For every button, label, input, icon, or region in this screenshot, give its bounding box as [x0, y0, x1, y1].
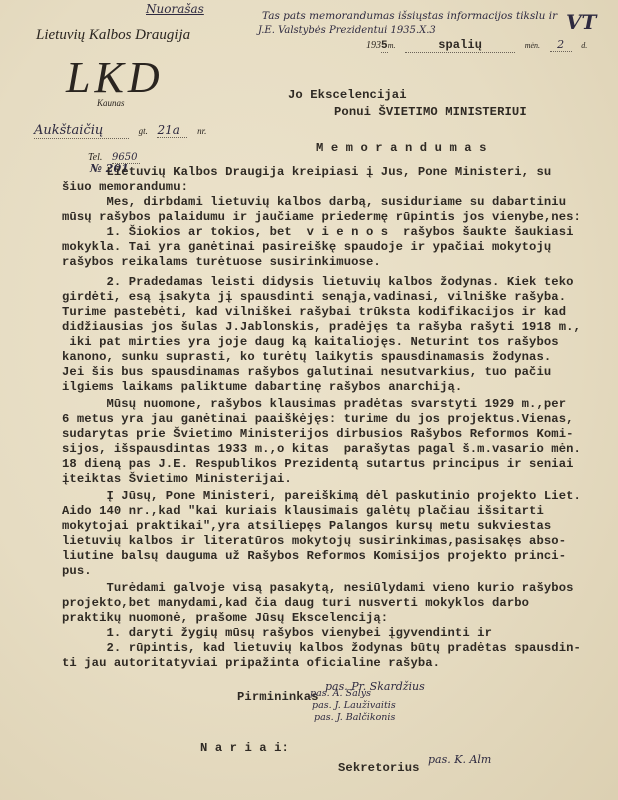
registry-mark: VT [566, 10, 596, 34]
body-line: sudarytas prie Švietimo Ministerijos dir… [62, 427, 574, 441]
annotation-line-1: Tas pats memorandumas išsiųstas informac… [262, 10, 557, 22]
street-name: Aukštaičių [34, 123, 129, 139]
body-line: Mūsų nuomone, rašybos klausimas pradėtas… [62, 397, 566, 411]
day-suffix: d. [581, 41, 587, 50]
body-line: didžiausias jos šulas J.Jablonskis, prad… [62, 320, 581, 334]
body-line: 2. Pradedamas leisti didysis lietuvių ka… [62, 275, 574, 289]
addressee-line-2: Ponui ŠVIETIMO MINISTERIUI [334, 105, 527, 119]
members-label: N a r i a i: [200, 741, 289, 755]
body-line: rašybos reikalams turėtuose susirinkimuo… [62, 255, 381, 269]
body-line: 1. Šiokios ar tokios, bet v i e n o s ra… [62, 225, 574, 239]
secretary-signature: pas. K. Alm [428, 753, 491, 766]
body-line: įteiktas Švietimo Ministerijai. [62, 472, 292, 486]
body-line: ilgiems laikams paliktume dabartinę rašy… [62, 380, 462, 394]
body-line: Turime pastebėti, kad vilniškei rašybai … [62, 305, 566, 319]
body-line: 18 dieną pas J.E. Respublikos Prezidentą… [62, 457, 574, 471]
document-title: M e m o r a n d u m a s [316, 141, 487, 155]
member-signature: pas. A. Salys [310, 688, 371, 699]
body-line: girdėti, esą įsakyta jį spausdinti senąj… [62, 290, 566, 304]
street-suffix: gt. [139, 126, 148, 136]
member-signature: pas. J. Lauživaitis [312, 700, 396, 711]
year-suffix: m. [388, 41, 396, 50]
month-suffix: mėn. [525, 41, 540, 50]
body-line: Mes, dirbdami lietuvių kalbos darbą, sus… [62, 195, 566, 209]
day: 2 [550, 38, 572, 52]
house-number: 21a [157, 123, 187, 138]
secretary-label: Sekretorius [338, 761, 420, 775]
body-line: sijos, išspausdintas 1933 m.,o kitas par… [62, 442, 581, 456]
month: spalių [405, 38, 515, 53]
chairman-label: Pirmininkas [237, 690, 319, 704]
org-city: Kaunas [97, 98, 125, 108]
body-line: praktikų nuomonė, prašome Jūsų Ekscelenc… [62, 611, 388, 625]
member-signature: pas. J. Balčikonis [314, 712, 395, 723]
body-line: liutine balsų dauguma už Rašybos Reformo… [62, 549, 566, 563]
body-line: 2. rūpintis, kad lietuvių kalbos žodynas… [62, 641, 581, 655]
body-line: Lietuvių Kalbos Draugija kreipiasi į Jus… [62, 165, 551, 179]
year-prefix: 193 [366, 40, 381, 51]
body-line: 1. daryti žygių mūsų rašybos vienybei įg… [62, 626, 492, 640]
document-page: Nuorašas Lietuvių Kalbos Draugija LKD Ka… [0, 0, 618, 800]
body-line: ti jau autoritatyviai pripažinta oficial… [62, 656, 440, 670]
body-line: lietuvių kalbos ir literatūros mokytojų … [62, 534, 566, 548]
body-line: mūsų rašybos palaidumu ir jaučiame pried… [62, 210, 581, 224]
body-line: Turėdami galvoje visą pasakytą, nesiūlyd… [62, 581, 574, 595]
body-line: Jei šis bus spausdinamas rašybos galutin… [62, 365, 551, 379]
body-line: pus. [62, 564, 92, 578]
date-line: 1935m. spalių mėn. 2 d. [366, 35, 587, 53]
org-name: Lietuvių Kalbos Draugija [36, 27, 190, 44]
body-line: iki pat mirties yra joje daug ką kaitali… [62, 335, 559, 349]
body-line: šiuo memorandumu: [62, 180, 188, 194]
house-suffix: nr. [197, 126, 206, 136]
addressee-line-1: Jo Ekscelencijai [288, 88, 407, 102]
body-line: mokykla. Tai yra ganėtinai pasireiškę sp… [62, 240, 551, 254]
body-line: 6 metus yra jau ganėtinai paaiškėjęs: tu… [62, 412, 574, 426]
body-line: projekto,bet manydami,kad čia daug turi … [62, 596, 529, 610]
year-digit: 5 [381, 40, 388, 53]
copy-mark: Nuorašas [146, 2, 204, 16]
body-line: Į Jūsų, Pone Ministeri, pareiškimą dėl p… [62, 489, 581, 503]
body-line: mokytojai praktikai",yra atsiliepęs Pala… [62, 519, 551, 533]
body-line: Aido 140 nr.,kad "kai kuriais klausimais… [62, 504, 544, 518]
org-monogram: LKD [66, 52, 164, 103]
address-line: Aukštaičių gt. 21a nr. [34, 121, 206, 139]
body-line: kanono, sunku suprasti, ko turėtų laikyt… [62, 350, 551, 364]
